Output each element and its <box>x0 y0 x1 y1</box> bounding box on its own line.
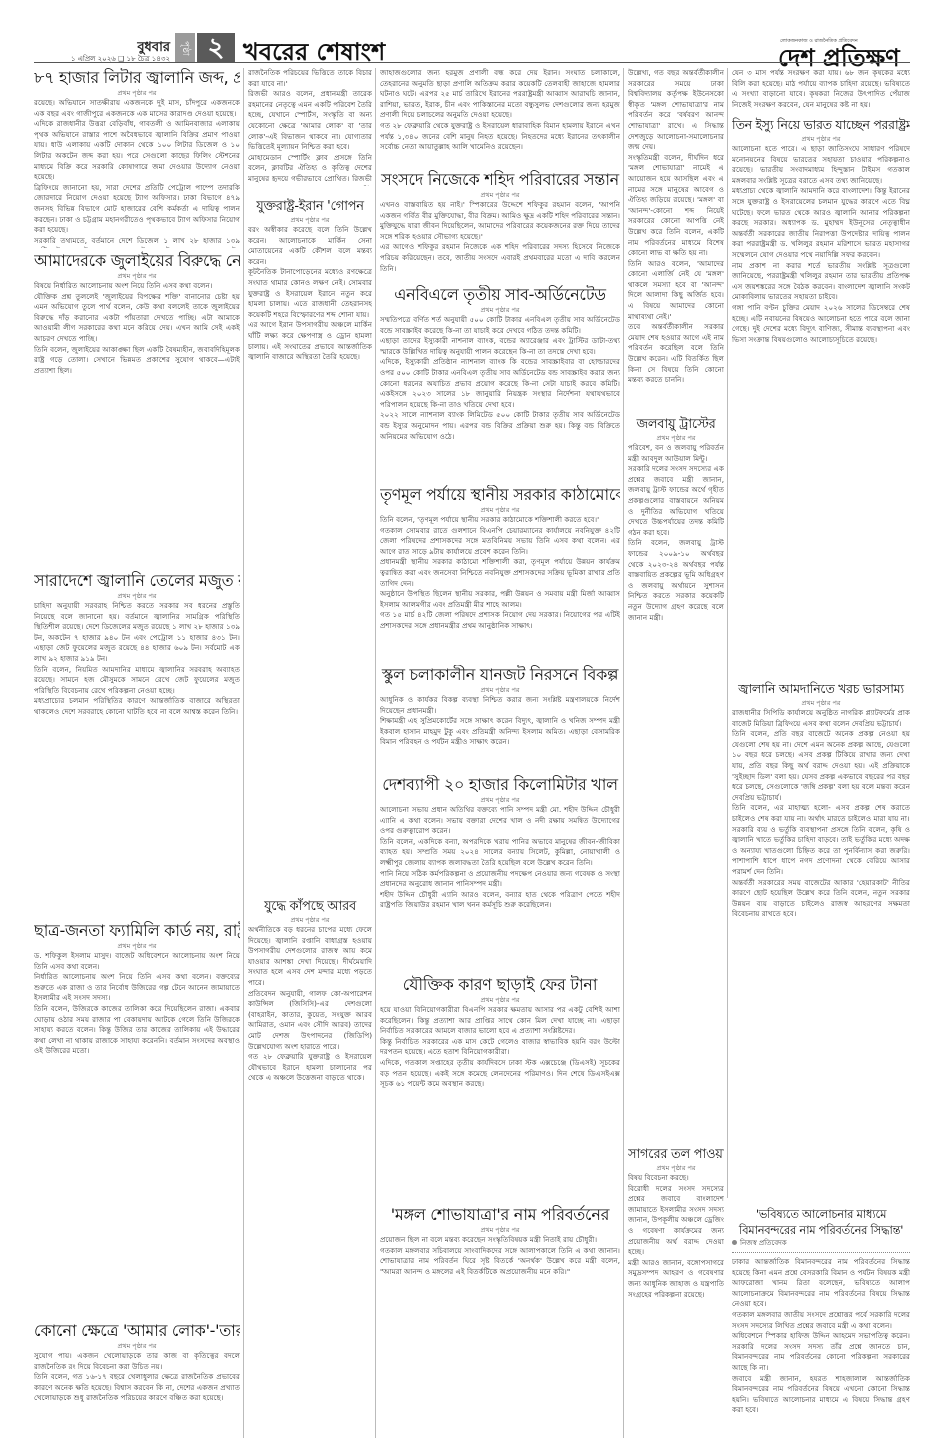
paragraph: জবাবে মন্ত্রী জানান, হযরত শাহজালাল আন্তর… <box>732 1374 910 1416</box>
paragraph: ২০২২ সালে ন্যাশনাল ব্যাংক লিমিটেড ৫০০ কো… <box>380 410 620 442</box>
paragraph: এদিকে, গতকাল সপ্তাহের তৃতীয় কার্যদিবসে … <box>380 1058 620 1090</box>
headline: কোনো ক্ষেত্রে 'আমার লোক'-'তার <box>34 1321 240 1341</box>
kicker: প্রথম পৃষ্ঠার পর <box>248 215 372 225</box>
article-body: রাজধানীর সিপিডি কার্যালয়ে অনুষ্ঠিত নাগর… <box>732 708 910 1188</box>
kicker: প্রথম পৃষ্ঠার পর <box>34 88 240 98</box>
paragraph: তিনি বলেন, গত ১৬-১৭ বছরে খেলাধুলার ক্ষেত… <box>34 1372 240 1404</box>
article-body: অর্থনীতিকে বড় ধরনের চাপের মধ্যে ফেলে দি… <box>248 925 372 1435</box>
paragraph: ব্রিফিংয়ে জানানো হয়, সারা দেশের প্রতিট… <box>34 183 240 236</box>
kicker: প্রথম পৃষ্ঠার পর <box>34 941 240 951</box>
paragraph: ড. শফিকুল ইসলাম মাসুদ। বাজেট অধিবেশনে আল… <box>34 951 240 972</box>
article-trinamool: তৃণমূল পর্যায়ে স্থানীয় সরকার কাঠামোকে … <box>380 485 620 665</box>
headline: 'মঙ্গল শোভাযাত্রা'র নাম পরিবর্তনের <box>380 1205 620 1225</box>
headline: সারাদেশে জ্বালানি তেলের মজুত রয়েছে <box>34 571 240 591</box>
article-body: হয়ে যাওয়া বিনিয়োগকারীরা বিএনপি সরকার … <box>380 1005 620 1203</box>
article-mongol-shobhajatra: 'মঙ্গল শোভাযাত্রা'র নাম পরিবর্তনের প্রথম… <box>380 1205 620 1305</box>
article-body: পরিবেশ, বন ও জলবায়ু পরিবর্তন মন্ত্রী আব… <box>628 443 724 883</box>
kicker: প্রথম পৃষ্ঠার পর <box>732 134 910 144</box>
paragraph: সুযোগ পায়। একজন খেলোয়াড়কে তার কাজ বা … <box>34 1351 240 1372</box>
paragraph: শিক্ষামন্ত্রী এহ সুপ্রিমকোর্টের সঙ্গে সা… <box>380 716 620 748</box>
paragraph: বরং অস্বীকার করেছে বলে তিনি উল্লেখ করেন।… <box>248 225 372 267</box>
paragraph: প্রতিবেদন অনুযায়ী, গালফ কো-অপারেশন কাউন… <box>248 989 372 1053</box>
headline: জ্বালানি আমদানিতে খরচ ভারসাম্য <box>732 680 910 698</box>
paragraph: তিনি বলেন, একদিকে বন্যা, অপরদিকে খরায় প… <box>380 837 620 869</box>
paragraph: মধ্যপ্রাচ্য থেকে জ্বালানি আমদানি করে বাং… <box>732 186 910 260</box>
paragraph: আলোচনা সভায় প্রধান অতিথির বক্তব্যে পানি… <box>380 805 620 837</box>
kicker: প্রথম পৃষ্ঠার পর <box>628 1163 724 1173</box>
paragraph: মধ্যপ্রাচ্যের চলমান পরিস্থিতির কারণে আন্… <box>34 696 240 717</box>
paragraph: হয়ে যাওয়া বিনিয়োগকারীরা বিএনপি সরকার … <box>380 1005 620 1037</box>
article-body: রয়েছে। অভিযানে সাতক্ষীরায় একজনকে দুই ম… <box>34 98 240 248</box>
paragraph: রিজভী আরও বলেন, প্রধানমন্ত্রী তারেক রহমা… <box>248 89 372 153</box>
column-divider <box>243 68 244 1438</box>
masthead: বুধবার ১ এপ্রিল ২০২৬ ❑ ১৮ চৈত্র ১৪৩২ পৃষ… <box>0 0 945 62</box>
paragraph: রাজনৈতিক পরিচয়ের ভিত্তিতে তাকে বিচার কর… <box>248 68 372 89</box>
article-body: সম্মতিপত্রে বর্ণিত শর্ত অনুযায়ী ৫০০ কোট… <box>380 315 620 483</box>
paragraph: প্রয়োজন ছিল না বলে মন্তব্য করেছেন সংস্ক… <box>380 1235 620 1246</box>
kicker: প্রথম পৃষ্ঠার পর <box>34 591 240 601</box>
paragraph: অনুষ্ঠানে উপস্থিত ছিলেন স্থানীয় সরকার, … <box>380 589 620 610</box>
byline: নিজস্ব প্রতিবেদক <box>732 1238 910 1248</box>
paragraph: তিনি বলেন, প্রতি বছর বাজেটে অনেক প্রকল্প… <box>732 729 910 803</box>
kicker: প্রথম পৃষ্ঠার পর <box>380 795 620 805</box>
article-body-continued: রাজনৈতিক পরিচয়ের ভিত্তিতে তাকে বিচার কর… <box>248 68 372 186</box>
headline-line-2: বিমানবন্দরের নাম পরিবর্তনের সিদ্ধান্ত' <box>732 1222 910 1238</box>
column-divider <box>375 68 376 1438</box>
headline: আমাদেরকে জুলাইয়ের বিরুদ্ধে নেওয়ার <box>34 251 240 271</box>
kicker: প্রথম পৃষ্ঠার পর <box>380 305 620 315</box>
article-body: বিষয় বিবেচনা করছে। বিরোধী দলের সংসদ সদস… <box>628 1173 724 1443</box>
paragraph: মন্ত্রী আরও জানান, বঙ্গোপসাগরে সমুদ্রসম্… <box>628 1258 724 1300</box>
headline: যৌক্তিক কারণ ছাড়াই ফের টানা <box>380 975 620 995</box>
page-number: ২ <box>197 33 235 63</box>
article-family-card: ছাত্র-জনতা ফ্যামিলি কার্ড নয়, রাষ্ট্র প… <box>34 921 240 1321</box>
kicker: প্রথম পৃষ্ঠার পর <box>380 1225 620 1235</box>
article-body: সুযোগ পায়। একজন খেলোয়াড়কে তার কাজ বা … <box>34 1351 240 1449</box>
article-body: ড. শফিকুল ইসলাম মাসুদ। বাজেট অধিবেশনে আল… <box>34 951 240 1319</box>
kicker: প্রথম পৃষ্ঠার পর <box>380 190 620 200</box>
article-nbl-bond: এনবিএলে তৃতীয় সাব-অর্ডিনেটেড প্রথম পৃষ্… <box>380 285 620 485</box>
kicker: প্রথম পৃষ্ঠার পর <box>380 685 620 695</box>
masthead-rule <box>34 62 910 63</box>
article-fuel-seized: ৮৭ হাজার লিটার জ্বালানি জব্দ, প্রায় ১০ … <box>34 68 240 251</box>
paragraph: তবে অন্তর্বর্তীকালীন সরকার মেয়াদ শেষ হও… <box>628 322 724 386</box>
headline: ৮৭ হাজার লিটার জ্বালানি জব্দ, প্রায় ১০ <box>34 68 240 88</box>
article-body: ঢাকার আন্তর্জাতিক বিমানবন্দরের নাম পরিবর… <box>732 1257 910 1437</box>
headline: সাগরের তল পাওয়া <box>628 1146 724 1163</box>
paragraph: কিন্তু নির্বাচিত সরকারের এক মাস কেটে গেল… <box>380 1037 620 1058</box>
byline-rule <box>732 1252 910 1253</box>
article-canal: দেশব্যাপী ২০ হাজার কিলোমিটার খাল প্রথম প… <box>380 775 620 975</box>
headline: জলবায়ু ট্রাস্টের <box>628 416 724 433</box>
headline: এনবিএলে তৃতীয় সাব-অর্ডিনেটেড <box>380 285 620 305</box>
paragraph: জাহাজগুলোর জন্য হরমুজ প্রণালী বন্ধ করে দ… <box>380 68 620 121</box>
kicker: প্রথম পৃষ্ঠার পর <box>34 1341 240 1351</box>
byline-bullet-icon <box>732 1240 737 1245</box>
paragraph: উল্লেখ্য, গত বছর অন্তর্বর্তীকালীন সরকারে… <box>628 68 724 153</box>
headline: দেশব্যাপী ২০ হাজার কিলোমিটার খাল <box>380 775 620 795</box>
column-1: ৮৭ হাজার লিটার জ্বালানি জব্দ, প্রায় ১০ … <box>34 68 240 1452</box>
article-fuel-stock: সারাদেশে জ্বালানি তেলের মজুত রয়েছে প্রথ… <box>34 571 240 921</box>
article-body: আলোচনা সভায় প্রধান অতিথির বক্তব্যে পানি… <box>380 805 620 973</box>
paragraph: শহীদ উদ্দিন চৌধুরী এ্যানি আরও বলেন, বন্য… <box>380 890 620 911</box>
article-body: বরং অস্বীকার করেছে বলে তিনি উল্লেখ করেন।… <box>248 225 372 895</box>
paragraph: মোহামেডান স্পোর্টিং ক্লাব প্রসঙ্গে তিনি … <box>248 153 372 186</box>
article-july-against: আমাদেরকে জুলাইয়ের বিরুদ্ধে নেওয়ার প্রথ… <box>34 251 240 571</box>
article-fuel-subsidy: জ্বালানি আমদানিতে খরচ ভারসাম্য প্রথম পৃষ… <box>732 680 910 1200</box>
column-4: উল্লেখ্য, গত বছর অন্তর্বর্তীকালীন সরকারে… <box>628 68 724 1452</box>
column-3: জাহাজগুলোর জন্য হরমুজ প্রণালী বন্ধ করে দ… <box>380 68 620 1452</box>
paragraph: আলোচনা হতে পারে। এ ছাড়া জাতিসংঘে সাধারণ… <box>732 144 910 186</box>
paragraph: গত ১৫ মার্চ ৪২টি জেলা পরিষদে প্রশাসক নিয… <box>380 610 620 631</box>
paragraph: গতকাল মঙ্গলবার সচিবালয়ে সাংবাদিকদের সঙ্… <box>380 1246 620 1278</box>
article-amar-lok: কোনো ক্ষেত্রে 'আমার লোক'-'তার প্রথম পৃষ্… <box>34 1321 240 1451</box>
paragraph: সরকারি ব্যয় ও ভর্তুকি ব্যবস্থাপনা প্রসঙ… <box>732 825 910 878</box>
article-rational-reason: যৌক্তিক কারণ ছাড়াই ফের টানা প্রথম পৃষ্ঠ… <box>380 975 620 1205</box>
article-body-continued: যেন ৩ মাস পর্যন্ত সংরক্ষণ করা যায়। ৬৮ জ… <box>732 68 910 112</box>
paragraph: গঙ্গা পানি বণ্টন চুক্তির মেয়াদ ২০২৬ সাল… <box>732 303 910 345</box>
paragraph: তিনি বলেন, জলবায়ু ট্রাস্ট ফান্ডের ২০০৯-… <box>628 538 724 623</box>
paragraph: যৌক্তিক প্রশ্ন তুললেই 'জুলাইয়ের বিপক্ষে… <box>34 292 240 345</box>
kicker: প্রথম পৃষ্ঠার পর <box>248 915 372 925</box>
article-airport-rename: 'ভবিষ্যতে আলোচনার মাধ্যমে বিমানবন্দরের ন… <box>732 1206 910 1446</box>
paragraph: পরিবেশ, বন ও জলবায়ু পরিবর্তন মন্ত্রী আব… <box>628 443 724 464</box>
article-body-continued: জাহাজগুলোর জন্য হরমুজ প্রণালী বন্ধ করে দ… <box>380 68 620 166</box>
column-2: রাজনৈতিক পরিচয়ের ভিত্তিতে তাকে বিচার কর… <box>248 68 372 1452</box>
paragraph: নাম প্রকাশ না করার শর্তে ভারতীয় সংশ্লিষ… <box>732 261 910 303</box>
article-body: এখনও বাস্তবায়িত হয় নাই।' স্পিকারের উদ্… <box>380 200 620 283</box>
paragraph: আধুনিক ও কার্যকর বিকল্প ব্যবস্থা নিশ্চিত… <box>380 695 620 716</box>
paragraph: সংস্কৃতিমন্ত্রী বলেন, দীর্ঘদিন ধরে 'মঙ্গ… <box>628 153 724 259</box>
headline: তৃণমূল পর্যায়ে স্থানীয় সরকার কাঠামোকে <box>380 485 620 505</box>
headline: যুদ্ধে কাঁপছে আরব <box>248 898 372 915</box>
article-body: আলোচনা হতে পারে। এ ছাড়া জাতিসংঘে সাধারণ… <box>732 144 910 664</box>
paragraph: গতকাল সোমবার রাতে গুলশানে বিএনপি চেয়ারম… <box>380 526 620 558</box>
kicker: প্রথম পৃষ্ঠার পর <box>380 995 620 1005</box>
article-body: বিষয়ে নির্ধারিত আলোচনায় অংশ নিয়ে তিনি… <box>34 281 240 569</box>
paragraph: গত ২৮ ফেব্রুয়ারি যুক্তরাষ্ট্র ও ইসরায়ে… <box>248 1052 372 1084</box>
paragraph: গতকাল মঙ্গলবার জাতীয় সংসদে প্রশ্নোত্তর … <box>732 1310 910 1331</box>
paragraph: তিনি বলেন, নিয়মিত আমদানির মাধ্যমে জ্বাল… <box>34 665 240 697</box>
article-arab-shake: যুদ্ধে কাঁপছে আরব প্রথম পৃষ্ঠার পর অর্থন… <box>248 898 372 1438</box>
paragraph: বিরোধী দলের সংসদ সদস্যের প্রশ্নের জবাবে … <box>628 1184 724 1258</box>
headline: ছাত্র-জনতা ফ্যামিলি কার্ড নয়, রাষ্ট্র <box>34 921 240 941</box>
paragraph: তিনি বলেন, 'তৃণমূল পর্যায়ে স্থানীয় সরক… <box>380 515 620 526</box>
paragraph: এদিকে রাজধানীর উত্তরা বেড়িবাঁধ, গাবতলী … <box>34 119 240 183</box>
kicker: প্রথম পৃষ্ঠার পর <box>380 505 620 515</box>
paragraph: অন্তর্বর্তী সরকারের সময় বাজেটের আকার 'হ… <box>732 878 910 920</box>
paragraph: অর্থনীতিকে বড় ধরনের চাপের মধ্যে ফেলে দি… <box>248 925 372 989</box>
paragraph: ঢাকার আন্তর্জাতিক বিমানবন্দরের নাম পরিবর… <box>732 1257 910 1310</box>
article-body: আধুনিক ও কার্যকর বিকল্প ব্যবস্থা নিশ্চিত… <box>380 695 620 773</box>
paragraph: এর আগে ইরান উপসাগরীয় অঞ্চলে মার্কিন ঘাঁ… <box>248 320 372 362</box>
paragraph: বিষয়ে নির্ধারিত আলোচনায় অংশ নিয়ে তিনি… <box>34 281 240 292</box>
masthead-date: ১ এপ্রিল ২০২৬ ❑ ১৮ চৈত্র ১৪৩২ <box>20 53 170 65</box>
page-label: পৃষ্ঠা <box>175 33 195 63</box>
paragraph: তিনি বলেন, উজিরকে কাজের তালিকা করে দিয়ে… <box>34 1004 240 1057</box>
paragraph: এছাড়া তাদের ইস্যুকারী নাশনাল ব্যাংক, বন… <box>380 336 620 357</box>
paragraph: সরকারি দলের সংসদ সদস্যের এক প্রশ্নের জবা… <box>628 464 724 538</box>
paragraph: অধিবেশনে স্পিকার হাফিজ উদ্দিন আহমেদ সভাপ… <box>732 1331 910 1373</box>
paragraph: যেন ৩ মাস পর্যন্ত সংরক্ষণ করা যায়। ৬৮ জ… <box>732 68 910 110</box>
headline: তিন ইস্যু নিয়ে ভারত যাচ্ছেন পররাষ্ট্রমন… <box>732 116 910 134</box>
article-body-continued: উল্লেখ্য, গত বছর অন্তর্বর্তীকালীন সরকারে… <box>628 68 724 408</box>
kicker: প্রথম পৃষ্ঠার পর <box>732 698 910 708</box>
paragraph: এখনও বাস্তবায়িত হয় নাই।' স্পিকারের উদ্… <box>380 200 620 242</box>
column-divider <box>623 68 624 1438</box>
byline-text: নিজস্ব প্রতিবেদক <box>740 1239 787 1247</box>
paragraph: নির্ধারিত আলোচনায় অংশ নিয়ে তিনি এসব কথ… <box>34 972 240 1004</box>
article-climate-trust: জলবায়ু ট্রাস্টের প্রথম পৃষ্ঠার পর পরিবে… <box>628 416 724 886</box>
paragraph: রয়েছে। অভিযানে সাতক্ষীরায় একজনকে দুই ম… <box>34 98 240 119</box>
paragraph: সরকারি তথ্যমতে, বর্তমানে দেশে ডিজেল ১ লা… <box>34 236 240 248</box>
paragraph: সম্মতিপত্রে বর্ণিত শর্ত অনুযায়ী ৫০০ কোট… <box>380 315 620 336</box>
paragraph: রাজধানীর সিপিডি কার্যালয়ে অনুষ্ঠিত নাগর… <box>732 708 910 729</box>
article-body: প্রয়োজন ছিল না বলে মন্তব্য করেছেন সংস্ক… <box>380 1235 620 1301</box>
paragraph: এর আগেও শফিকুর রহমান নিজেকে এক শহিদ পরিব… <box>380 242 620 274</box>
headline: সংসদে নিজেকে শহিদ পরিবারের সন্তান <box>380 170 620 190</box>
paragraph: গত ২৮ ফেব্রুয়ারি থেকে যুক্তরাষ্ট্র ও ইস… <box>380 121 620 153</box>
article-sea-level: সাগরের তল পাওয়া প্রথম পৃষ্ঠার পর বিষয় … <box>628 1146 724 1446</box>
headline: যুক্তরাষ্ট্র-ইরান 'গোপন <box>248 198 372 215</box>
paragraph: তিনি আরও বলেন, 'আমাদের কোনো এলার্জি নেই … <box>628 259 724 323</box>
headline: স্কুল চলাকালীন যানজট নিরসনে বিকল্প <box>380 665 620 685</box>
article-us-iran: যুক্তরাষ্ট্র-ইরান 'গোপন প্রথম পৃষ্ঠার পর… <box>248 198 372 898</box>
paragraph: চাহিদা অনুযায়ী সরবরাহ নিশ্চিত করতে সরকা… <box>34 601 240 665</box>
paragraph: এদিকে, ইস্যুকারী প্রতিষ্ঠান ন্যাশনাল ব্য… <box>380 357 620 410</box>
kicker: প্রথম পৃষ্ঠার পর <box>34 271 240 281</box>
article-three-issues: তিন ইস্যু নিয়ে ভারত যাচ্ছেন পররাষ্ট্রমন… <box>732 116 910 676</box>
article-body: তিনি বলেন, 'তৃণমূল পর্যায়ে স্থানীয় সরক… <box>380 515 620 663</box>
column-divider <box>727 68 728 1198</box>
paragraph: পানি নিয়ে সঠিক কর্মপরিকল্পনা ও প্রয়োজন… <box>380 869 620 890</box>
article-body: চাহিদা অনুযায়ী সরবরাহ নিশ্চিত করতে সরকা… <box>34 601 240 919</box>
article-martyr-family: সংসদে নিজেকে শহিদ পরিবারের সন্তান প্রথম … <box>380 170 620 285</box>
headline-line-1: 'ভবিষ্যতে আলোচনার মাধ্যমে <box>732 1206 910 1222</box>
paragraph: বিষয় বিবেচনা করছে। <box>628 1173 724 1184</box>
paragraph: প্রধানমন্ত্রী স্থানীয় সরকার কাঠামো শক্ত… <box>380 557 620 589</box>
paragraph: তিনি বলেন, জুলাইয়ের আকাঙ্ক্ষা ছিল একটি … <box>34 345 240 377</box>
kicker: প্রথম পৃষ্ঠার পর <box>628 433 724 443</box>
paragraph: কূটনৈতিক টানাপোড়েনের মধ্যেও রণক্ষেত্রে … <box>248 267 372 320</box>
paragraph: তিনি বলেন, এর মাহাত্ম্য হলো- এসব প্রকল্প… <box>732 803 910 824</box>
article-school-traffic: স্কুল চলাকালীন যানজট নিরসনে বিকল্প প্রথম… <box>380 665 620 775</box>
